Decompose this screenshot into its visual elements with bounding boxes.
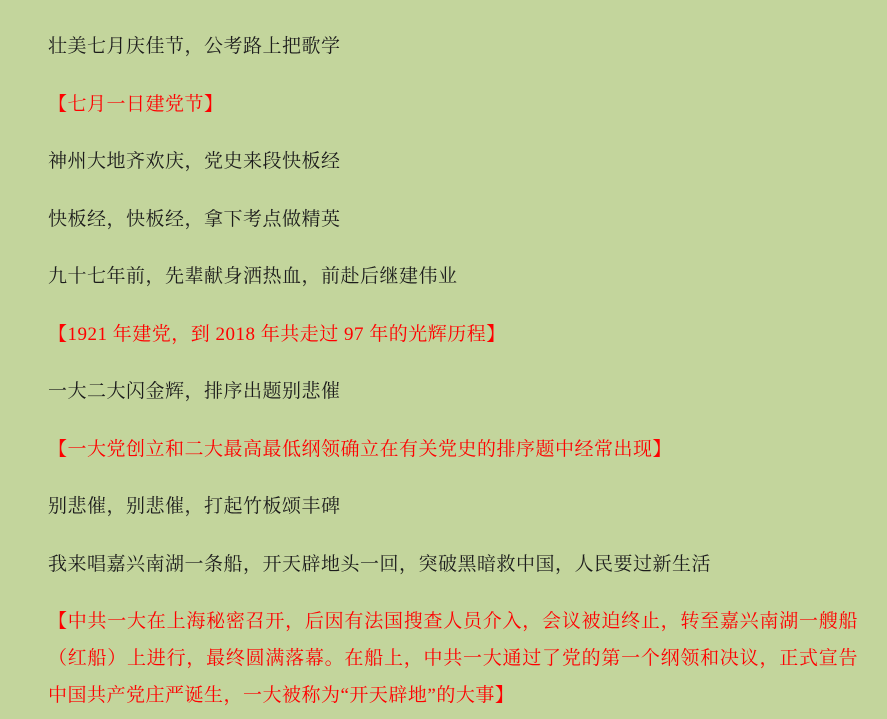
verse-line: 九十七年前，先辈献身洒热血，前赴后继建伟业 <box>48 258 858 295</box>
verse-line: 快板经，快板经，拿下考点做精英 <box>48 201 858 238</box>
verse-line: 神州大地齐欢庆，党史来段快板经 <box>48 143 858 180</box>
document-page: 壮美七月庆佳节，公考路上把歌学【七月一日建党节】神州大地齐欢庆，党史来段快板经快… <box>0 0 887 719</box>
verse-line: 壮美七月庆佳节，公考路上把歌学 <box>48 28 858 65</box>
annotation-line: 【一大党创立和二大最高最低纲领确立在有关党史的排序题中经常出现】 <box>48 431 858 468</box>
verse-line: 别悲催，别悲催，打起竹板颂丰碑 <box>48 488 858 525</box>
annotation-line: 【七月一日建党节】 <box>48 86 858 123</box>
annotation-line: 【1921 年建党，到 2018 年共走过 97 年的光辉历程】 <box>48 316 858 353</box>
verse-line: 我来唱嘉兴南湖一条船，开天辟地头一回，突破黑暗救中国，人民要过新生活 <box>48 546 858 583</box>
annotation-line: 【中共一大在上海秘密召开，后因有法国搜查人员介入，会议被迫终止，转至嘉兴南湖一艘… <box>48 603 858 714</box>
verse-line: 一大二大闪金辉，排序出题别悲催 <box>48 373 858 410</box>
